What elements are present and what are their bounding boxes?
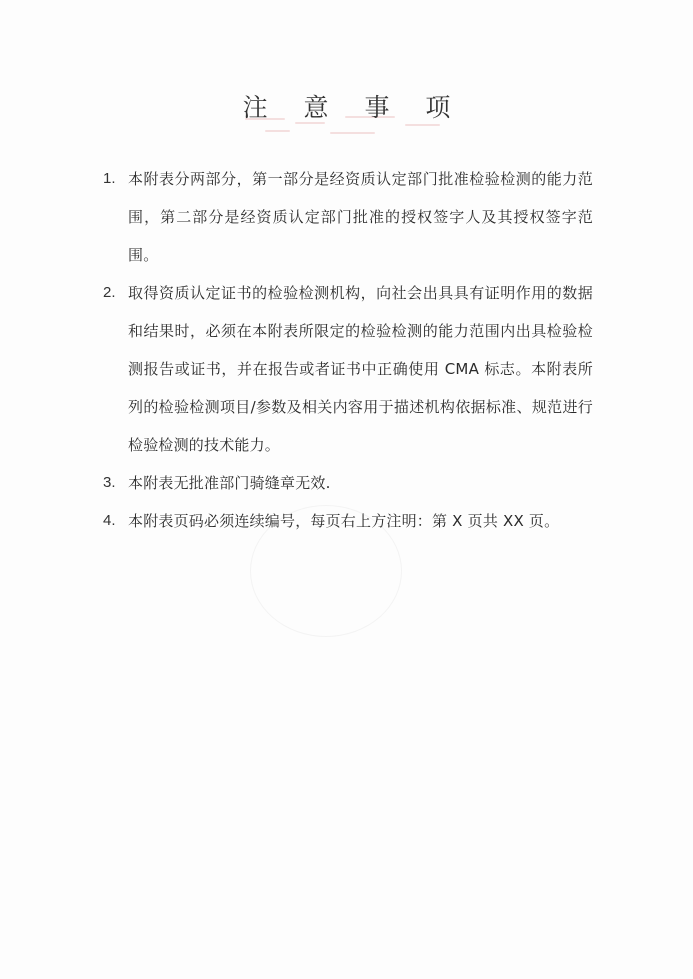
faint-seal-watermark (250, 505, 402, 637)
item-number: 1. (103, 160, 116, 198)
item-number: 4. (103, 502, 116, 540)
item-number: 2. (103, 274, 116, 312)
notice-item: 1. 本附表分两部分，第一部分是经资质认定部门批准检验检测的能力范围，第二部分是… (103, 160, 593, 274)
notice-list: 1. 本附表分两部分，第一部分是经资质认定部门批准检验检测的能力范围，第二部分是… (103, 160, 593, 540)
notice-item: 2. 取得资质认定证书的检验检测机构，向社会出具具有证明作用的数据和结果时，必须… (103, 274, 593, 464)
item-text: 本附表无批准部门骑缝章无效. (128, 464, 593, 502)
document-page: 注 意 事 项 1. 本附表分两部分，第一部分是经资质认定部门批准检验检测的能力… (0, 0, 693, 979)
item-text: 取得资质认定证书的检验检测机构，向社会出具具有证明作用的数据和结果时，必须在本附… (128, 274, 593, 464)
item-number: 3. (103, 464, 116, 502)
page-title: 注 意 事 项 (0, 88, 693, 124)
notice-item: 3. 本附表无批准部门骑缝章无效. (103, 464, 593, 502)
item-text: 本附表分两部分，第一部分是经资质认定部门批准检验检测的能力范围，第二部分是经资质… (128, 160, 593, 274)
